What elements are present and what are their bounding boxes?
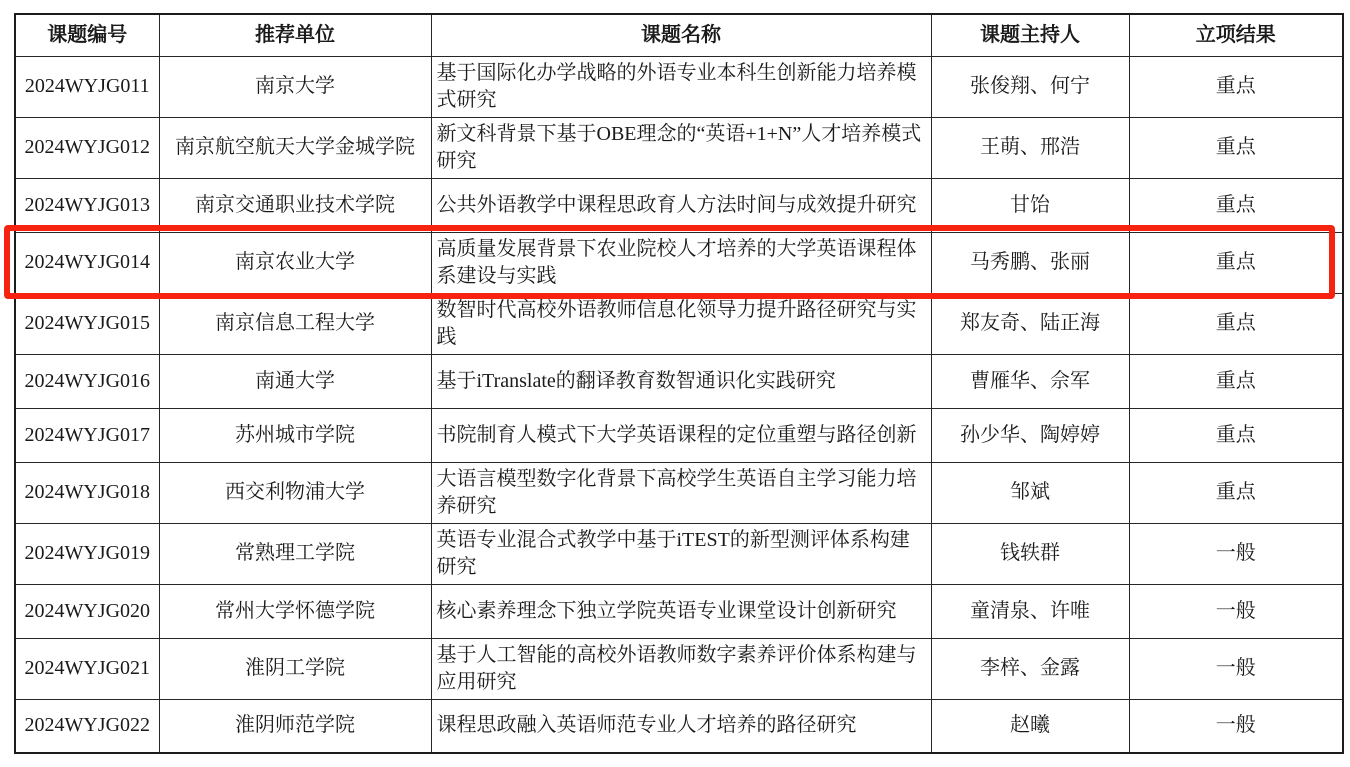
- cell-recommending-unit: 西交利物浦大学: [159, 462, 431, 523]
- cell-project-title: 基于iTranslate的翻译教育数智通识化实践研究: [431, 354, 931, 408]
- cell-approval-result: 一般: [1129, 699, 1343, 753]
- cell-recommending-unit: 淮阴师范学院: [159, 699, 431, 753]
- cell-project-title: 高质量发展背景下农业院校人才培养的大学英语课程体系建设与实践: [431, 232, 931, 293]
- cell-project-leader: 钱轶群: [931, 523, 1129, 584]
- cell-approval-result: 重点: [1129, 178, 1343, 232]
- table-row: 2024WYJG016 南通大学 基于iTranslate的翻译教育数智通识化实…: [15, 354, 1343, 408]
- cell-project-code: 2024WYJG022: [15, 699, 159, 753]
- project-approval-table: 课题编号 推荐单位 课题名称 课题主持人 立项结果 2024WYJG011 南京…: [14, 13, 1344, 754]
- cell-recommending-unit: 南京大学: [159, 56, 431, 117]
- cell-project-leader: 郑友奇、陆正海: [931, 293, 1129, 354]
- cell-recommending-unit: 南京航空航天大学金城学院: [159, 117, 431, 178]
- cell-project-leader: 李梓、金露: [931, 638, 1129, 699]
- cell-approval-result: 重点: [1129, 408, 1343, 462]
- cell-project-title: 书院制育人模式下大学英语课程的定位重塑与路径创新: [431, 408, 931, 462]
- cell-approval-result: 重点: [1129, 354, 1343, 408]
- cell-approval-result: 一般: [1129, 638, 1343, 699]
- cell-project-code: 2024WYJG012: [15, 117, 159, 178]
- cell-project-leader: 邹斌: [931, 462, 1129, 523]
- cell-recommending-unit: 南京交通职业技术学院: [159, 178, 431, 232]
- cell-recommending-unit: 南京信息工程大学: [159, 293, 431, 354]
- cell-recommending-unit: 常州大学怀德学院: [159, 584, 431, 638]
- header-project-leader: 课题主持人: [931, 14, 1129, 56]
- table-row: 2024WYJG021 淮阴工学院 基于人工智能的高校外语教师数字素养评价体系构…: [15, 638, 1343, 699]
- cell-project-code: 2024WYJG013: [15, 178, 159, 232]
- table-row: 2024WYJG020 常州大学怀德学院 核心素养理念下独立学院英语专业课堂设计…: [15, 584, 1343, 638]
- table-row: 2024WYJG015 南京信息工程大学 数智时代高校外语教师信息化领导力提升路…: [15, 293, 1343, 354]
- cell-approval-result: 重点: [1129, 232, 1343, 293]
- table-row: 2024WYJG014 南京农业大学 高质量发展背景下农业院校人才培养的大学英语…: [15, 232, 1343, 293]
- cell-project-code: 2024WYJG021: [15, 638, 159, 699]
- cell-project-code: 2024WYJG019: [15, 523, 159, 584]
- cell-project-leader: 甘饴: [931, 178, 1129, 232]
- header-recommending-unit: 推荐单位: [159, 14, 431, 56]
- cell-approval-result: 重点: [1129, 293, 1343, 354]
- cell-project-leader: 孙少华、陶婷婷: [931, 408, 1129, 462]
- header-approval-result: 立项结果: [1129, 14, 1343, 56]
- cell-project-code: 2024WYJG011: [15, 56, 159, 117]
- cell-project-title: 公共外语教学中课程思政育人方法时间与成效提升研究: [431, 178, 931, 232]
- header-row: 课题编号 推荐单位 课题名称 课题主持人 立项结果: [15, 14, 1343, 56]
- cell-recommending-unit: 常熟理工学院: [159, 523, 431, 584]
- table-row: 2024WYJG018 西交利物浦大学 大语言模型数字化背景下高校学生英语自主学…: [15, 462, 1343, 523]
- table-row: 2024WYJG013 南京交通职业技术学院 公共外语教学中课程思政育人方法时间…: [15, 178, 1343, 232]
- table-row: 2024WYJG019 常熟理工学院 英语专业混合式教学中基于iTEST的新型测…: [15, 523, 1343, 584]
- cell-project-title: 英语专业混合式教学中基于iTEST的新型测评体系构建研究: [431, 523, 931, 584]
- table-row: 2024WYJG017 苏州城市学院 书院制育人模式下大学英语课程的定位重塑与路…: [15, 408, 1343, 462]
- cell-project-leader: 曹雁华、佘军: [931, 354, 1129, 408]
- cell-recommending-unit: 南京农业大学: [159, 232, 431, 293]
- cell-project-code: 2024WYJG015: [15, 293, 159, 354]
- header-project-code: 课题编号: [15, 14, 159, 56]
- cell-project-leader: 张俊翔、何宁: [931, 56, 1129, 117]
- cell-project-code: 2024WYJG014: [15, 232, 159, 293]
- cell-project-code: 2024WYJG016: [15, 354, 159, 408]
- cell-project-title: 大语言模型数字化背景下高校学生英语自主学习能力培养研究: [431, 462, 931, 523]
- cell-project-title: 数智时代高校外语教师信息化领导力提升路径研究与实践: [431, 293, 931, 354]
- table-row: 2024WYJG022 淮阴师范学院 课程思政融入英语师范专业人才培养的路径研究…: [15, 699, 1343, 753]
- cell-project-title: 新文科背景下基于OBE理念的“英语+1+N”人才培养模式研究: [431, 117, 931, 178]
- cell-approval-result: 一般: [1129, 584, 1343, 638]
- cell-project-code: 2024WYJG017: [15, 408, 159, 462]
- cell-project-leader: 赵曦: [931, 699, 1129, 753]
- cell-project-code: 2024WYJG018: [15, 462, 159, 523]
- cell-approval-result: 重点: [1129, 462, 1343, 523]
- table-row: 2024WYJG012 南京航空航天大学金城学院 新文科背景下基于OBE理念的“…: [15, 117, 1343, 178]
- cell-recommending-unit: 苏州城市学院: [159, 408, 431, 462]
- cell-approval-result: 一般: [1129, 523, 1343, 584]
- cell-approval-result: 重点: [1129, 56, 1343, 117]
- cell-project-title: 课程思政融入英语师范专业人才培养的路径研究: [431, 699, 931, 753]
- header-project-title: 课题名称: [431, 14, 931, 56]
- cell-project-leader: 王萌、邢浩: [931, 117, 1129, 178]
- cell-project-code: 2024WYJG020: [15, 584, 159, 638]
- cell-recommending-unit: 淮阴工学院: [159, 638, 431, 699]
- cell-project-leader: 童清泉、许唯: [931, 584, 1129, 638]
- cell-project-title: 基于国际化办学战略的外语专业本科生创新能力培养模式研究: [431, 56, 931, 117]
- cell-project-leader: 马秀鹏、张丽: [931, 232, 1129, 293]
- page: 课题编号 推荐单位 课题名称 课题主持人 立项结果 2024WYJG011 南京…: [0, 0, 1350, 767]
- cell-approval-result: 重点: [1129, 117, 1343, 178]
- cell-project-title: 核心素养理念下独立学院英语专业课堂设计创新研究: [431, 584, 931, 638]
- cell-project-title: 基于人工智能的高校外语教师数字素养评价体系构建与应用研究: [431, 638, 931, 699]
- cell-recommending-unit: 南通大学: [159, 354, 431, 408]
- table-row: 2024WYJG011 南京大学 基于国际化办学战略的外语专业本科生创新能力培养…: [15, 56, 1343, 117]
- table-wrapper: 课题编号 推荐单位 课题名称 课题主持人 立项结果 2024WYJG011 南京…: [14, 13, 1342, 754]
